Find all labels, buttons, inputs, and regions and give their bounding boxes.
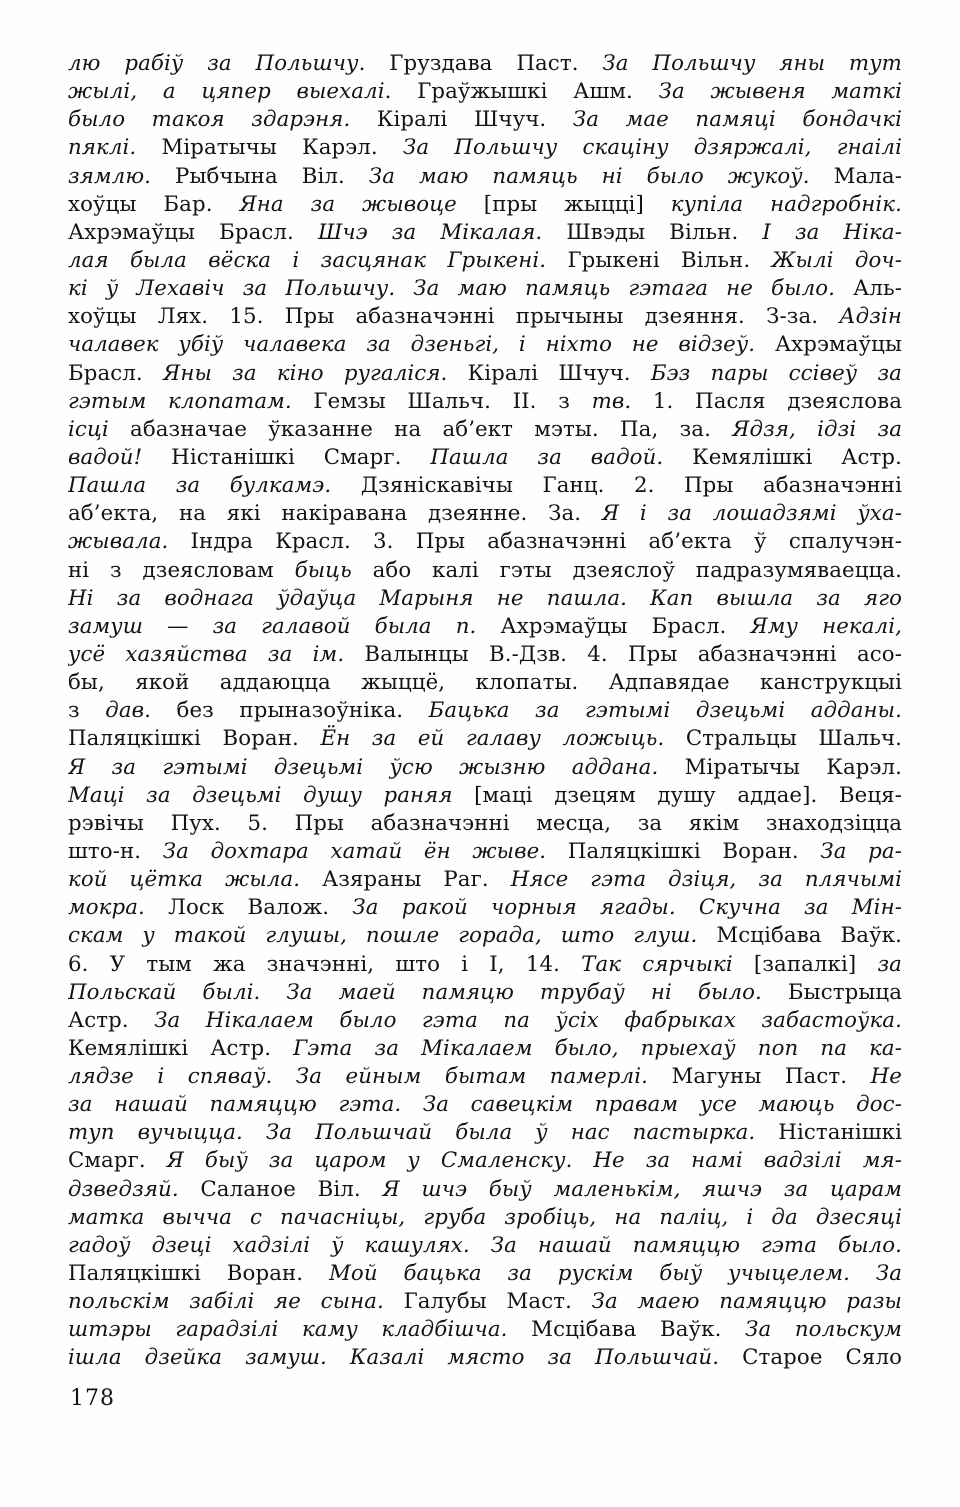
example-text: Я за гэтымі дзецьмі ўсю жызню аддана.: [68, 755, 658, 780]
regular-text: [запалкі]: [733, 952, 878, 977]
example-text: Гэта за Мікалаем было, прыехаў поп па ка…: [293, 1036, 902, 1061]
regular-text: Мсцібава Ваўк.: [508, 1317, 746, 1342]
example-text: дзведзяй.: [68, 1177, 179, 1202]
text-line: Астр. За Нікалаем было гэта па ўсіх фабр…: [68, 1007, 902, 1035]
example-text: Так сярчыкі: [581, 952, 733, 977]
text-line: матка вычча с пачасніцы, груба зробіць, …: [68, 1204, 902, 1232]
regular-text: хоўцы Лях. 15. Пры абазначэнні прычыны д…: [68, 304, 839, 329]
text-line: з дав. без прыназоўніка. Бацька за гэтым…: [68, 697, 902, 725]
regular-text: Паляцкішкі Воран.: [68, 726, 320, 751]
text-line: чалавек убіў чалавека за дзеньгі, і ніхт…: [68, 331, 902, 359]
example-text: туп вучыцца. За Польшчай была ў нас паст…: [68, 1120, 755, 1145]
example-text: Бацька за гэтымі дзецьмі адданы.: [429, 698, 902, 723]
example-text: гэтым клопатам.: [68, 389, 292, 414]
text-line: Паляцкішкі Воран. Мой бацька за рускім б…: [68, 1260, 902, 1288]
text-line: польскім забілі яе сына. Галубы Маст. За…: [68, 1288, 902, 1316]
regular-text: Аль-: [835, 276, 902, 301]
text-line: Маці за дзецьмі душу раняя [маці дзецям …: [68, 782, 902, 810]
example-text: мокра.: [68, 895, 145, 920]
text-line: Ахрэмаўцы Брасл. Шчэ за Мікалая. Швэды В…: [68, 219, 902, 247]
example-text: За ра-: [820, 839, 902, 864]
regular-text: Валынцы В.-Дзв. 4. Пры абазначэнні асо-: [344, 642, 902, 667]
regular-text: Старое Сяло: [719, 1345, 902, 1370]
regular-text: што-н.: [68, 839, 163, 864]
example-text: было такоя здарэня.: [68, 107, 350, 132]
example-text: Яна за жывоце: [239, 192, 456, 217]
text-line: ішла дзейка замуш. Казалі място за Польш…: [68, 1344, 902, 1372]
regular-text: без прыназоўніка.: [151, 698, 429, 723]
example-text: За Нікалаем было гэта па ўсіх фабрыках з…: [154, 1008, 902, 1033]
text-line: бы, якой аддаюцца жыццё, клопаты. Адпавя…: [68, 669, 902, 697]
text-line: гадоў дзеці хадзілі ў кашулях. За нашай …: [68, 1232, 902, 1260]
text-line: жывала. Індра Красл. 3. Пры абазначэнні …: [68, 528, 902, 556]
text-line: хоўцы Лях. 15. Пры абазначэнні прычыны д…: [68, 303, 902, 331]
text-line: было такоя здарэня. Кіралі Шчуч. За мае …: [68, 106, 902, 134]
example-text: кі ў Лехавіч за Польшчу. За маю памяць г…: [68, 276, 835, 301]
text-line: гэтым клопатам. Гемзы Шальч. II. з тв. 1…: [68, 388, 902, 416]
regular-text: Кіралі Шчуч.: [350, 107, 573, 132]
example-text: за нашай памяццю гэта. За савецкім права…: [68, 1092, 902, 1117]
example-text: лая была вёска і засцянак Грыкені.: [68, 248, 546, 273]
text-line: лю рабіў за Польшчу. Груздава Паст. За П…: [68, 50, 902, 78]
regular-text: абазначае ўказанне на аб’ект мэты. Па, з…: [109, 417, 732, 442]
regular-text: 6. У тым жа значэнні, што і I, 14.: [68, 952, 581, 977]
text-line: Брасл. Яны за кіно ругаліся. Кіралі Шчуч…: [68, 360, 902, 388]
regular-text: ні з дзеясловам: [68, 558, 295, 583]
regular-text: Мала-: [810, 164, 902, 189]
example-text: За Польшчу скаціну дзяржалі, гнаілі: [403, 135, 902, 160]
text-line: зямлю. Рыбчына Віл. За маю памяць ні был…: [68, 163, 902, 191]
regular-text: Быстрыца: [762, 980, 902, 1005]
regular-text: хоўцы Бар.: [68, 192, 239, 217]
regular-text: Індра Красл. 3. Пры абазначэнні аб’екта …: [168, 529, 902, 554]
example-text: купіла надгробнік.: [671, 192, 902, 217]
example-text: Ядзя, ідзі за: [732, 417, 902, 442]
example-text: Польскай былі. За маей памяцю трубаў ні …: [68, 980, 762, 1005]
regular-text: Міратычы Карэл.: [658, 755, 902, 780]
regular-text: бы, якой аддаюцца жыццё, клопаты. Адпавя…: [68, 670, 902, 695]
example-text: Яму некалі,: [751, 614, 903, 639]
example-text: польскім забілі яе сына.: [68, 1289, 384, 1314]
example-text: Яны за кіно ругаліся.: [163, 361, 447, 386]
example-text: Маці за дзецьмі душу раняя: [68, 783, 453, 808]
text-line: скам у такой глушы, пошле горада, што гл…: [68, 922, 902, 950]
text-line: за нашай памяццю гэта. За савецкім права…: [68, 1091, 902, 1119]
example-text: Нясе гэта дзіця, за плячымі: [511, 867, 902, 892]
text-line: замуш — за галавой была п. Ахрэмаўцы Бра…: [68, 613, 902, 641]
text-line: Я за гэтымі дзецьмі ўсю жызню аддана. Мі…: [68, 754, 902, 782]
example-text: усё хазяйства за ім.: [68, 642, 344, 667]
example-text: тв.: [592, 389, 632, 414]
example-text: скам у такой глушы, пошле горада, што гл…: [68, 923, 697, 948]
text-line: мокра. Лоск Валож. За ракой чорныя ягады…: [68, 894, 902, 922]
example-text: Бэз пары ссівеў за: [651, 361, 902, 386]
example-text: За жывеня маткі: [659, 79, 902, 104]
regular-text: Галубы Маст.: [384, 1289, 592, 1314]
regular-text: Мсцібава Ваўк.: [697, 923, 902, 948]
regular-text: рэвічы Пух. 5. Пры абазначэнні месца, за…: [68, 811, 902, 836]
example-text: За польскум: [745, 1317, 902, 1342]
regular-text: Ністанішкі Смарг.: [142, 445, 430, 470]
example-text: жылі, а цяпер выехалі.: [68, 79, 392, 104]
example-text: За ракой чорныя ягады. Скучна за Мін-: [352, 895, 902, 920]
regular-text: Брасл.: [68, 361, 163, 386]
text-line: штэры гарадзілі каму кладбішча. Мсцібава…: [68, 1316, 902, 1344]
regular-text: Ахрэмаўцы: [755, 332, 902, 357]
regular-text: Ахрэмаўцы Брасл.: [68, 220, 318, 245]
example-text: гадоў дзеці хадзілі ў кашулях. За нашай …: [68, 1233, 902, 1258]
regular-text: або калі гэты дзеяслоў падразумяваецца.: [352, 558, 902, 583]
example-text: За дохтара хатай ён жыве.: [163, 839, 546, 864]
example-text: жывала.: [68, 529, 168, 554]
regular-text: з: [68, 698, 105, 723]
example-text: Пашла за булкамэ.: [68, 473, 331, 498]
example-text: Жылі доч-: [772, 248, 903, 273]
text-line: кі ў Лехавіч за Польшчу. За маю памяць г…: [68, 275, 902, 303]
example-text: быць: [295, 558, 352, 583]
regular-text: аб’екта, на які накіравана дзеянне. За.: [68, 501, 602, 526]
example-text: Адзін: [839, 304, 902, 329]
regular-text: Азяраны Раг.: [300, 867, 511, 892]
regular-text: Паляцкішкі Воран.: [546, 839, 820, 864]
text-line: што-н. За дохтара хатай ён жыве. Паляцкі…: [68, 838, 902, 866]
text-line: усё хазяйства за ім. Валынцы В.-Дзв. 4. …: [68, 641, 902, 669]
page-number: 178: [70, 1386, 115, 1411]
text-line: Ні за воднага ўдаўца Марыня не пашла. Ка…: [68, 585, 902, 613]
text-line: ісці абазначае ўказанне на аб’ект мэты. …: [68, 416, 902, 444]
regular-text: Кемялішкі Астр.: [663, 445, 902, 470]
text-line: Паляцкішкі Воран. Ён за ей галаву ложыць…: [68, 725, 902, 753]
text-line: хоўцы Бар. Яна за жывоце [пры жыцці] куп…: [68, 191, 902, 219]
example-text: Ні за воднага ўдаўца Марыня не пашла. Ка…: [68, 586, 902, 611]
example-text: Пашла за вадой.: [430, 445, 663, 470]
regular-text: Швэды Вільн.: [542, 220, 762, 245]
regular-text: [пры жыцці]: [457, 192, 671, 217]
regular-text: [маці дзецям душу аддае]. Веця-: [453, 783, 902, 808]
text-line: рэвічы Пух. 5. Пры абазначэнні месца, за…: [68, 810, 902, 838]
example-text: кой цётка жыла.: [68, 867, 300, 892]
regular-text: Кіралі Шчуч.: [447, 361, 651, 386]
regular-text: Лоск Валож.: [145, 895, 352, 920]
regular-text: Ахрэмаўцы Брасл.: [476, 614, 750, 639]
regular-text: Гемзы Шальч. II. з: [292, 389, 592, 414]
example-text: За Польшчу яны тут: [602, 51, 902, 76]
example-text: Ён за ей галаву ложыць.: [320, 726, 664, 751]
example-text: І за Ніка-: [762, 220, 902, 245]
regular-text: Паляцкішкі Воран.: [68, 1261, 329, 1286]
example-text: дав.: [105, 698, 151, 723]
example-text: зямлю.: [68, 164, 151, 189]
text-line: аб’екта, на які накіравана дзеянне. За. …: [68, 500, 902, 528]
text-line: пяклі. Міратычы Карэл. За Польшчу скацін…: [68, 134, 902, 162]
example-text: лю рабіў за Польшчу.: [68, 51, 365, 76]
example-text: лядзе і спяваў. За ейным бытам памерлі.: [68, 1064, 648, 1089]
example-text: ішла дзейка замуш. Казалі място за Польш…: [68, 1345, 719, 1370]
example-text: Не: [871, 1064, 902, 1089]
example-text: за: [877, 952, 902, 977]
regular-text: Міратычы Карэл.: [136, 135, 403, 160]
example-text: замуш — за галавой была п.: [68, 614, 476, 639]
text-line: вадой! Ністанішкі Смарг. Пашла за вадой.…: [68, 444, 902, 472]
example-text: Мой бацька за рускім быў учыцелем. За: [329, 1261, 902, 1286]
example-text: Я і за лошадзямі ўха-: [602, 501, 902, 526]
example-text: За маю памяць ні было жукоў.: [369, 164, 810, 189]
text-line: Польскай былі. За маей памяцю трубаў ні …: [68, 979, 902, 1007]
regular-text: Грыкені Вільн.: [546, 248, 771, 273]
text-line: Смарг. Я быў за царом у Смаленску. Не за…: [68, 1147, 902, 1175]
regular-text: Груздава Паст.: [365, 51, 602, 76]
regular-text: Дзяніскавічы Ганц. 2. Пры абазначэнні: [331, 473, 902, 498]
text-block: лю рабіў за Польшчу. Груздава Паст. За П…: [68, 50, 902, 1373]
example-text: матка вычча с пачасніцы, груба зробіць, …: [68, 1205, 902, 1230]
regular-text: Ністанішкі: [755, 1120, 902, 1145]
text-line: жылі, а цяпер выехалі. Граўжышкі Ашм. За…: [68, 78, 902, 106]
example-text: Я быў за царом у Смаленску. Не за намі в…: [167, 1148, 902, 1173]
book-page: лю рабіў за Польшчу. Груздава Паст. За П…: [0, 0, 960, 1507]
example-text: ісці: [68, 417, 109, 442]
example-text: вадой!: [68, 445, 142, 470]
text-line: дзведзяй. Саланое Віл. Я шчэ быў маленьк…: [68, 1176, 902, 1204]
regular-text: 1. Пасля дзеяслова: [631, 389, 902, 414]
regular-text: Саланое Віл.: [179, 1177, 383, 1202]
text-line: туп вучыцца. За Польшчай была ў нас паст…: [68, 1119, 902, 1147]
example-text: За маею памяццю разы: [592, 1289, 902, 1314]
text-line: 6. У тым жа значэнні, што і I, 14. Так с…: [68, 951, 902, 979]
text-line: лядзе і спяваў. За ейным бытам памерлі. …: [68, 1063, 902, 1091]
regular-text: Стральцы Шальч.: [664, 726, 902, 751]
example-text: За мае памяці бондачкі: [573, 107, 902, 132]
example-text: штэры гарадзілі каму кладбішча.: [68, 1317, 508, 1342]
regular-text: Астр.: [68, 1008, 154, 1033]
text-line: Пашла за булкамэ. Дзяніскавічы Ганц. 2. …: [68, 472, 902, 500]
example-text: Я шчэ быў маленькім, яшчэ за царам: [382, 1177, 902, 1202]
example-text: чалавек убіў чалавека за дзеньгі, і ніхт…: [68, 332, 755, 357]
regular-text: Смарг.: [68, 1148, 167, 1173]
text-line: Кемялішкі Астр. Гэта за Мікалаем было, п…: [68, 1035, 902, 1063]
regular-text: Граўжышкі Ашм.: [392, 79, 659, 104]
regular-text: Кемялішкі Астр.: [68, 1036, 293, 1061]
text-line: ні з дзеясловам быць або калі гэты дзеяс…: [68, 557, 902, 585]
regular-text: Магуны Паст.: [648, 1064, 871, 1089]
example-text: пяклі.: [68, 135, 136, 160]
text-line: лая была вёска і засцянак Грыкені. Грыке…: [68, 247, 902, 275]
text-line: кой цётка жыла. Азяраны Раг. Нясе гэта д…: [68, 866, 902, 894]
example-text: Шчэ за Мікалая.: [318, 220, 542, 245]
regular-text: Рыбчына Віл.: [151, 164, 369, 189]
